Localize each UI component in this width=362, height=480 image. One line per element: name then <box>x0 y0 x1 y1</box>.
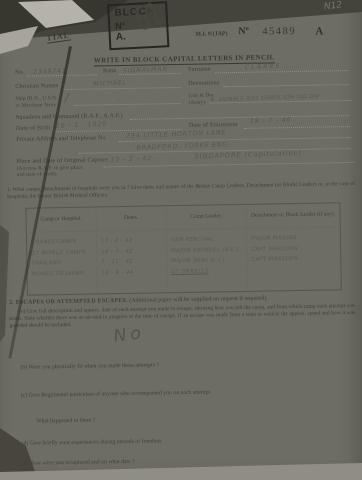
ship-label-line2: or Merchant Navy <box>16 102 57 110</box>
decorations-label: Decorations <box>188 80 219 88</box>
decorations-line <box>223 84 349 87</box>
question-2b-text: (b) Were you physically fit when you mad… <box>20 362 159 371</box>
scanned-pow-questionnaire: TIAL BLOCK Nº A. 61 M.I. 9/(JAP) Nº 4548… <box>0 0 362 480</box>
question-2d-text: (d) Give briefly your experiences during… <box>21 438 162 447</box>
question-2e-text: (e) How were you recaptured and on what … <box>22 459 135 468</box>
camp-table-header-block-leader: Detachment or Block Leader (if any). <box>246 203 339 229</box>
date-of-birth-label: Date of Birth <box>16 125 50 133</box>
section-2-title: 2. ESCAPES OR ATTEMPTED ESCAPES. <box>9 298 128 306</box>
camp-column: CHANGI CAMPS GT WORLD CAMPS THAILAND MOV… <box>27 231 98 294</box>
form-reference: M.I. 9/(JAP) <box>195 31 227 38</box>
date-of-enlistment-label: Date of Enlistment <box>189 122 238 130</box>
answer-no-handwritten: No <box>113 323 146 347</box>
rank-label: Rank <box>103 68 117 75</box>
no-label: No. <box>15 70 25 77</box>
dates-cell: 16 - 8 - 44 <box>101 267 164 279</box>
unit-div-label-line2: (Army) <box>189 100 206 107</box>
block-leader-column: MAJOR MAILINE CAPT MARSDEN CAPT MARSDEN <box>247 227 341 291</box>
christian-names-label: Christian Names <box>15 83 58 91</box>
dates-column: 17 - 2 - 42 18 - 7 - 42 7 - 11 - 42 16 -… <box>97 230 168 293</box>
camp-table-header-leader: Camp Leader. <box>166 205 246 230</box>
leader-column: GEN PERCIVAL MAJOR SWINDEL (R.E.) MAJOR … <box>167 229 248 292</box>
serial-number: 45489 <box>262 26 296 38</box>
confidential-fragment: TIAL <box>46 31 71 44</box>
capture-line <box>104 162 354 167</box>
ship-value: - <box>117 96 120 103</box>
handwritten-slash: / <box>63 90 70 108</box>
squadron-line <box>130 115 350 120</box>
leader-cell: MAJOR SWINDEL (R.E.) <box>171 244 244 256</box>
section-2-note: (Additional paper will be supplied on re… <box>128 295 268 303</box>
surname-value: CLARKE . <box>245 63 290 72</box>
capture-date-value: 15 - 2 - 42 <box>110 155 152 163</box>
block-leader-cell: CAPT MARSDEN <box>251 253 338 265</box>
pencil-mark-right: 11 <box>336 352 347 358</box>
question-2c2-text: What happened to them ? <box>36 418 95 426</box>
christian-names-value: MICHAEL <box>93 80 127 88</box>
address-value-line1: 794 LITTLE HORTON LANE <box>126 129 226 139</box>
camp-cell: MOVED TO JAPAN <box>31 268 94 280</box>
form-content: TIAL BLOCK Nº A. 61 M.I. 9/(JAP) Nº 4548… <box>0 0 362 480</box>
camp-table-header-dates: Dates. <box>96 206 166 231</box>
surname-field-line <box>215 70 349 73</box>
camp-table-header-camp: Camp or Hospital. <box>26 207 96 232</box>
capture-place-value: SINGAPORE (Capitulation) <box>194 150 302 161</box>
date-of-enlistment-line <box>244 126 350 129</box>
no-value: 2349741 <box>33 68 67 76</box>
ship-line <box>74 103 181 106</box>
date-of-enlistment-value: 18 - 7 - 40 <box>250 117 292 125</box>
serial-no-label: Nº <box>238 26 249 37</box>
surname-label: Surname <box>188 66 211 73</box>
christian-names-line <box>63 87 180 90</box>
series-letter: A <box>315 25 323 37</box>
question-2c-text: (c) Give Regimental particulars of anyon… <box>21 389 212 399</box>
date-of-birth-value: 28 - 1 - 1920 <box>56 121 107 130</box>
camp-table: Camp or Hospital. Dates. Camp Leader. De… <box>25 202 341 295</box>
question-1-text: 1. What camps, detachments or hospitals … <box>7 181 355 201</box>
pencil-note-top-right: N12 <box>323 0 342 12</box>
capture-label-line3: and date of crash). <box>17 171 59 179</box>
unit-div-value: R. SIGNALS 3/11 CORPS 9TH IND DIV <box>210 94 319 105</box>
leader-cell: LT. ORRELLS <box>171 265 244 277</box>
camp-cell: GT WORLD CAMPS <box>31 247 94 259</box>
address-label: Private Address and Telephone No. <box>16 135 107 144</box>
question-2a-text: (a) Give full description and approx. da… <box>9 303 355 330</box>
